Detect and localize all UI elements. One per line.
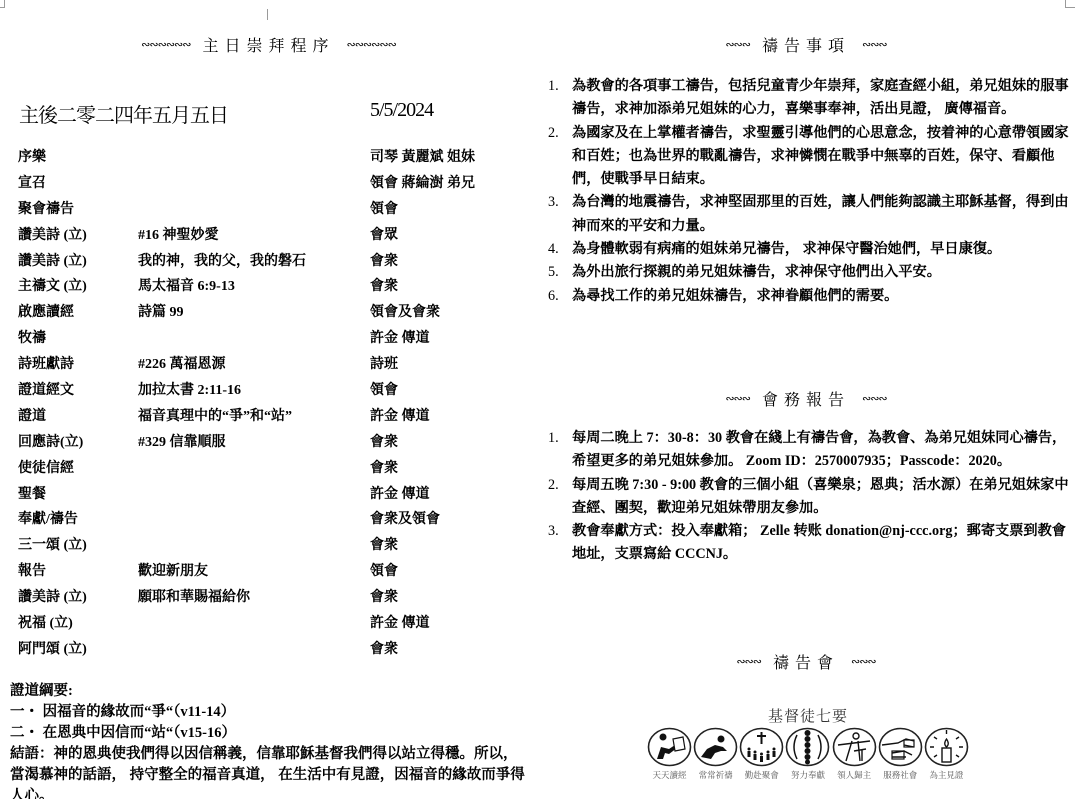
program-leader: 許金 傳道 bbox=[370, 406, 430, 428]
program-item: 序樂 bbox=[18, 147, 46, 169]
program-leader: 會衆 bbox=[370, 535, 398, 557]
program-item: 奉獻/禱告 bbox=[18, 509, 78, 531]
prayer-items-title: ∾∾∾ 禱告事項 ∾∾∾ bbox=[537, 33, 1075, 56]
program-row: 讚美詩 (立)我的神，我的父，我的磐石會衆 bbox=[18, 251, 528, 277]
program-detail: 我的神，我的父，我的磐石 bbox=[138, 251, 306, 273]
seven-essentials-graphic: 基督徒七要 天天讀經 常常祈禱 勤赴聚會 努力奉獻 領人歸主 服務社會 為主見證 bbox=[647, 705, 969, 781]
program-item: 啟應讀經 bbox=[18, 302, 74, 324]
program-item: 證道經文 bbox=[18, 380, 74, 402]
program-leader: 會衆及領會 bbox=[370, 509, 440, 531]
program-row: 宣召領會 蔣綸澍 弟兄 bbox=[18, 173, 528, 199]
program-row: 三一頌 (立)會衆 bbox=[18, 535, 528, 561]
program-row: 證道經文加拉太書 2:11-16領會 bbox=[18, 380, 528, 406]
item-number: 2. bbox=[548, 122, 559, 145]
sermon-outline: 證道綱要: 一・ 因福音的緣故而“爭“（v11-14） 二・ 在恩典中因信而“站… bbox=[10, 681, 525, 799]
outline-conclusion: 結語：神的恩典使我們得以因信稱義，信靠耶穌基督我們得以站立得穩。所以，當渴慕神的… bbox=[10, 744, 525, 799]
essential-label: 領人歸主 bbox=[832, 769, 877, 781]
program-row: 讚美詩 (立)#16 神聖妙愛會眾 bbox=[18, 225, 528, 251]
seven-essentials-labels: 天天讀經 常常祈禱 勤赴聚會 努力奉獻 領人歸主 服務社會 為主見證 bbox=[647, 769, 969, 781]
praying-icon bbox=[693, 727, 738, 767]
news-item: 3.教會奉獻方式：投入奉獻箱； Zelle 转账 donation@nj-ccc… bbox=[548, 520, 1070, 567]
program-leader: 會衆 bbox=[370, 458, 398, 480]
news-item: 2.每周五晚 7:30 - 9:00 教會的三個小組（喜樂泉；恩典；活水源）在弟… bbox=[548, 474, 1070, 521]
program-leader: 許金 傳道 bbox=[370, 613, 430, 635]
program-row: 主禱文 (立)馬太福音 6:9-13會衆 bbox=[18, 276, 528, 302]
program-detail: 加拉太書 2:11-16 bbox=[138, 380, 241, 402]
item-number: 4. bbox=[548, 238, 559, 261]
program-detail: #329 信靠順服 bbox=[138, 432, 226, 454]
program-item: 主禱文 (立) bbox=[18, 276, 87, 298]
gathering-icon bbox=[739, 727, 784, 767]
ornament-right-icon: ∾∾∾ bbox=[862, 392, 887, 405]
program-row: 序樂司琴 黃麗斌 姐妹 bbox=[18, 147, 528, 173]
program-item: 證道 bbox=[18, 406, 46, 428]
ornament-left-icon: ∾∾∾∾∾∾ bbox=[141, 38, 190, 51]
outline-point: 一・ 因福音的緣故而“爭“（v11-14） bbox=[10, 702, 525, 723]
seven-essentials-icons bbox=[647, 727, 969, 767]
item-text: 為國家及在上掌權者禱告，求聖靈引導他們的心思意念，按着神的心意帶領國家和百姓；也… bbox=[572, 125, 1069, 188]
program-item: 讚美詩 (立) bbox=[18, 587, 87, 609]
program-item: 聖餐 bbox=[18, 484, 46, 506]
program-leader: 領會及會衆 bbox=[370, 302, 440, 324]
prayer-item: 2.為國家及在上掌權者禱告，求聖靈引導他們的心思意念，按着神的心意帶領國家和百姓… bbox=[548, 122, 1070, 192]
essential-label: 為主見證 bbox=[924, 769, 969, 781]
program-detail: 詩篇 99 bbox=[138, 302, 184, 324]
prayer-item: 1.為教會的各項事工禱告，包括兒童青少年崇拜，家庭查經小組，弟兄姐妹的服事禱告，… bbox=[548, 75, 1070, 122]
program-leader: 詩班 bbox=[370, 354, 398, 376]
program-detail: 福音真理中的“爭”和“站” bbox=[138, 406, 292, 428]
program-row: 啟應讀經詩篇 99領會及會衆 bbox=[18, 302, 528, 328]
ornament-left-icon: ∾∾∾ bbox=[725, 392, 750, 405]
item-number: 5. bbox=[548, 261, 559, 284]
program-item: 宣召 bbox=[18, 173, 46, 195]
program-leader: 許金 傳道 bbox=[370, 328, 430, 350]
prayer-items-list: 1.為教會的各項事工禱告，包括兒童青少年崇拜，家庭查經小組，弟兄姐妹的服事禱告，… bbox=[548, 75, 1070, 308]
program-detail: #16 神聖妙愛 bbox=[138, 225, 219, 247]
item-text: 每周二晚上 7：30-8：30 教會在綫上有禱告會，為教會、為弟兄姐妹同心禱告，… bbox=[572, 430, 1066, 469]
bible-reading-icon bbox=[647, 727, 692, 767]
program-leader: 會衆 bbox=[370, 432, 398, 454]
program-item: 牧禱 bbox=[18, 328, 46, 350]
church-news-list: 1.每周二晚上 7：30-8：30 教會在綫上有禱告會，為教會、為弟兄姐妹同心禱… bbox=[548, 427, 1070, 567]
offering-icon bbox=[785, 727, 830, 767]
program-leader: 司琴 黃麗斌 姐妹 bbox=[370, 147, 475, 169]
item-number: 2. bbox=[548, 474, 559, 497]
program-item: 報告 bbox=[18, 561, 46, 583]
program-item: 聚會禱告 bbox=[18, 199, 74, 221]
program-row: 報告歡迎新朋友領會 bbox=[18, 561, 528, 587]
worship-order-title: ∾∾∾∾∾∾ 主日崇拜程序 ∾∾∾∾∾∾ bbox=[0, 33, 537, 56]
prayer-item: 4.為身體軟弱有病痛的姐妹弟兄禱告， 求神保守醫治她們，早日康復。 bbox=[548, 238, 1070, 261]
title-text: 禱告會 bbox=[773, 650, 839, 673]
outline-heading: 證道綱要: bbox=[10, 681, 525, 702]
date-numeric: 5/5/2024 bbox=[370, 99, 433, 122]
program-item: 讚美詩 (立) bbox=[18, 251, 87, 273]
program-leader: 領會 蔣綸澍 弟兄 bbox=[370, 173, 475, 195]
service-icon bbox=[878, 727, 923, 767]
ornament-left-icon: ∾∾∾ bbox=[736, 655, 761, 668]
program-detail: 馬太福音 6:9-13 bbox=[138, 276, 235, 298]
program-row: 讚美詩 (立)願耶和華賜福給你會衆 bbox=[18, 587, 528, 613]
essential-label: 勤赴聚會 bbox=[739, 769, 784, 781]
program-leader: 會衆 bbox=[370, 276, 398, 298]
title-text: 主日崇拜程序 bbox=[202, 33, 334, 56]
title-text: 會務報告 bbox=[762, 387, 850, 410]
program-leader: 會衆 bbox=[370, 587, 398, 609]
program-leader: 會衆 bbox=[370, 251, 398, 273]
program-row: 聚會禱告領會 bbox=[18, 199, 528, 225]
item-number: 1. bbox=[548, 75, 559, 98]
date-chinese: 主後二零二四年五月五日 bbox=[19, 99, 228, 128]
item-number: 1. bbox=[548, 427, 559, 450]
item-text: 為外出旅行探親的弟兄姐妹禱告，求神保守他們出入平安。 bbox=[572, 264, 941, 280]
program-item: 祝福 (立) bbox=[18, 613, 73, 635]
item-number: 3. bbox=[548, 191, 559, 214]
program-row: 牧禱許金 傳道 bbox=[18, 328, 528, 354]
program-row: 阿門頌 (立)會衆 bbox=[18, 639, 528, 665]
program-row: 回應詩(立)#329 信靠順服會衆 bbox=[18, 432, 528, 458]
program-list: 序樂司琴 黃麗斌 姐妹 宣召領會 蔣綸澍 弟兄 聚會禱告領會 讚美詩 (立)#1… bbox=[18, 147, 528, 665]
program-leader: 許金 傳道 bbox=[370, 484, 430, 506]
program-row: 詩班獻詩#226 萬福恩源詩班 bbox=[18, 354, 528, 380]
church-news-title: ∾∾∾ 會務報告 ∾∾∾ bbox=[537, 387, 1075, 410]
title-text: 禱告事項 bbox=[762, 33, 850, 56]
candle-icon bbox=[924, 727, 969, 767]
item-text: 每周五晚 7:30 - 9:00 教會的三個小組（喜樂泉；恩典；活水源）在弟兄姐… bbox=[572, 477, 1069, 516]
program-leader: 領會 bbox=[370, 380, 398, 402]
item-number: 6. bbox=[548, 285, 559, 308]
program-leader: 領會 bbox=[370, 199, 398, 221]
prayer-meeting-title: ∾∾∾ 禱告會 ∾∾∾ bbox=[537, 650, 1075, 673]
program-leader: 領會 bbox=[370, 561, 398, 583]
essential-label: 常常祈禱 bbox=[693, 769, 738, 781]
program-detail: 願耶和華賜福給你 bbox=[138, 587, 250, 609]
program-leader: 會眾 bbox=[370, 225, 398, 247]
program-leader: 會衆 bbox=[370, 639, 398, 661]
program-item: 詩班獻詩 bbox=[18, 354, 74, 376]
prayer-item: 6.為尋找工作的弟兄姐妹禱告，求神眷顧他們的需要。 bbox=[548, 285, 1070, 308]
item-text: 為台灣的地震禱告，求神堅固那里的百姓，讓人們能夠認識主耶穌基督，得到由神而來的平… bbox=[572, 194, 1069, 233]
program-item: 阿門頌 (立) bbox=[18, 639, 87, 661]
program-detail: 歡迎新朋友 bbox=[138, 561, 208, 583]
program-item: 回應詩(立) bbox=[18, 432, 83, 454]
program-item: 使徒信經 bbox=[18, 458, 74, 480]
program-detail: #226 萬福恩源 bbox=[138, 354, 226, 376]
left-page: ∾∾∾∾∾∾ 主日崇拜程序 ∾∾∾∾∾∾ 主後二零二四年五月五日 5/5/202… bbox=[0, 0, 537, 799]
essential-label: 天天讀經 bbox=[647, 769, 692, 781]
essential-label: 努力奉獻 bbox=[785, 769, 830, 781]
item-number: 3. bbox=[548, 520, 559, 543]
ornament-right-icon: ∾∾∾∾∾∾ bbox=[347, 38, 396, 51]
prayer-item: 3.為台灣的地震禱告，求神堅固那里的百姓，讓人們能夠認識主耶穌基督，得到由神而來… bbox=[548, 191, 1070, 238]
news-item: 1.每周二晚上 7：30-8：30 教會在綫上有禱告會，為教會、為弟兄姐妹同心禱… bbox=[548, 427, 1070, 474]
ornament-right-icon: ∾∾∾ bbox=[851, 655, 876, 668]
program-row: 使徒信經會衆 bbox=[18, 458, 528, 484]
program-row: 證道福音真理中的“爭”和“站”許金 傳道 bbox=[18, 406, 528, 432]
ornament-right-icon: ∾∾∾ bbox=[862, 38, 887, 51]
ornament-left-icon: ∾∾∾ bbox=[725, 38, 750, 51]
item-text: 教會奉獻方式：投入奉獻箱； Zelle 转账 donation@nj-ccc.o… bbox=[572, 523, 1066, 562]
item-text: 為尋找工作的弟兄姐妹禱告，求神眷顧他們的需要。 bbox=[572, 288, 898, 304]
right-page: ∾∾∾ 禱告事項 ∾∾∾ 1.為教會的各項事工禱告，包括兒童青少年崇拜，家庭查經… bbox=[537, 0, 1075, 799]
program-row: 祝福 (立)許金 傳道 bbox=[18, 613, 528, 639]
item-text: 為教會的各項事工禱告，包括兒童青少年崇拜，家庭查經小組，弟兄姐妹的服事禱告，求神… bbox=[572, 78, 1069, 117]
essential-label: 服務社會 bbox=[878, 769, 923, 781]
item-text: 為身體軟弱有病痛的姐妹弟兄禱告， 求神保守醫治她們，早日康復。 bbox=[572, 241, 1001, 257]
program-row: 聖餐許金 傳道 bbox=[18, 484, 528, 510]
program-item: 讚美詩 (立) bbox=[18, 225, 87, 247]
program-item: 三一頌 (立) bbox=[18, 535, 87, 557]
seven-essentials-heading: 基督徒七要 bbox=[647, 705, 969, 725]
prayer-item: 5.為外出旅行探親的弟兄姐妹禱告，求神保守他們出入平安。 bbox=[548, 261, 1070, 284]
program-row: 奉獻/禱告會衆及領會 bbox=[18, 509, 528, 535]
outline-point: 二・ 在恩典中因信而“站“（v15-16） bbox=[10, 723, 525, 744]
evangelism-icon bbox=[832, 727, 877, 767]
